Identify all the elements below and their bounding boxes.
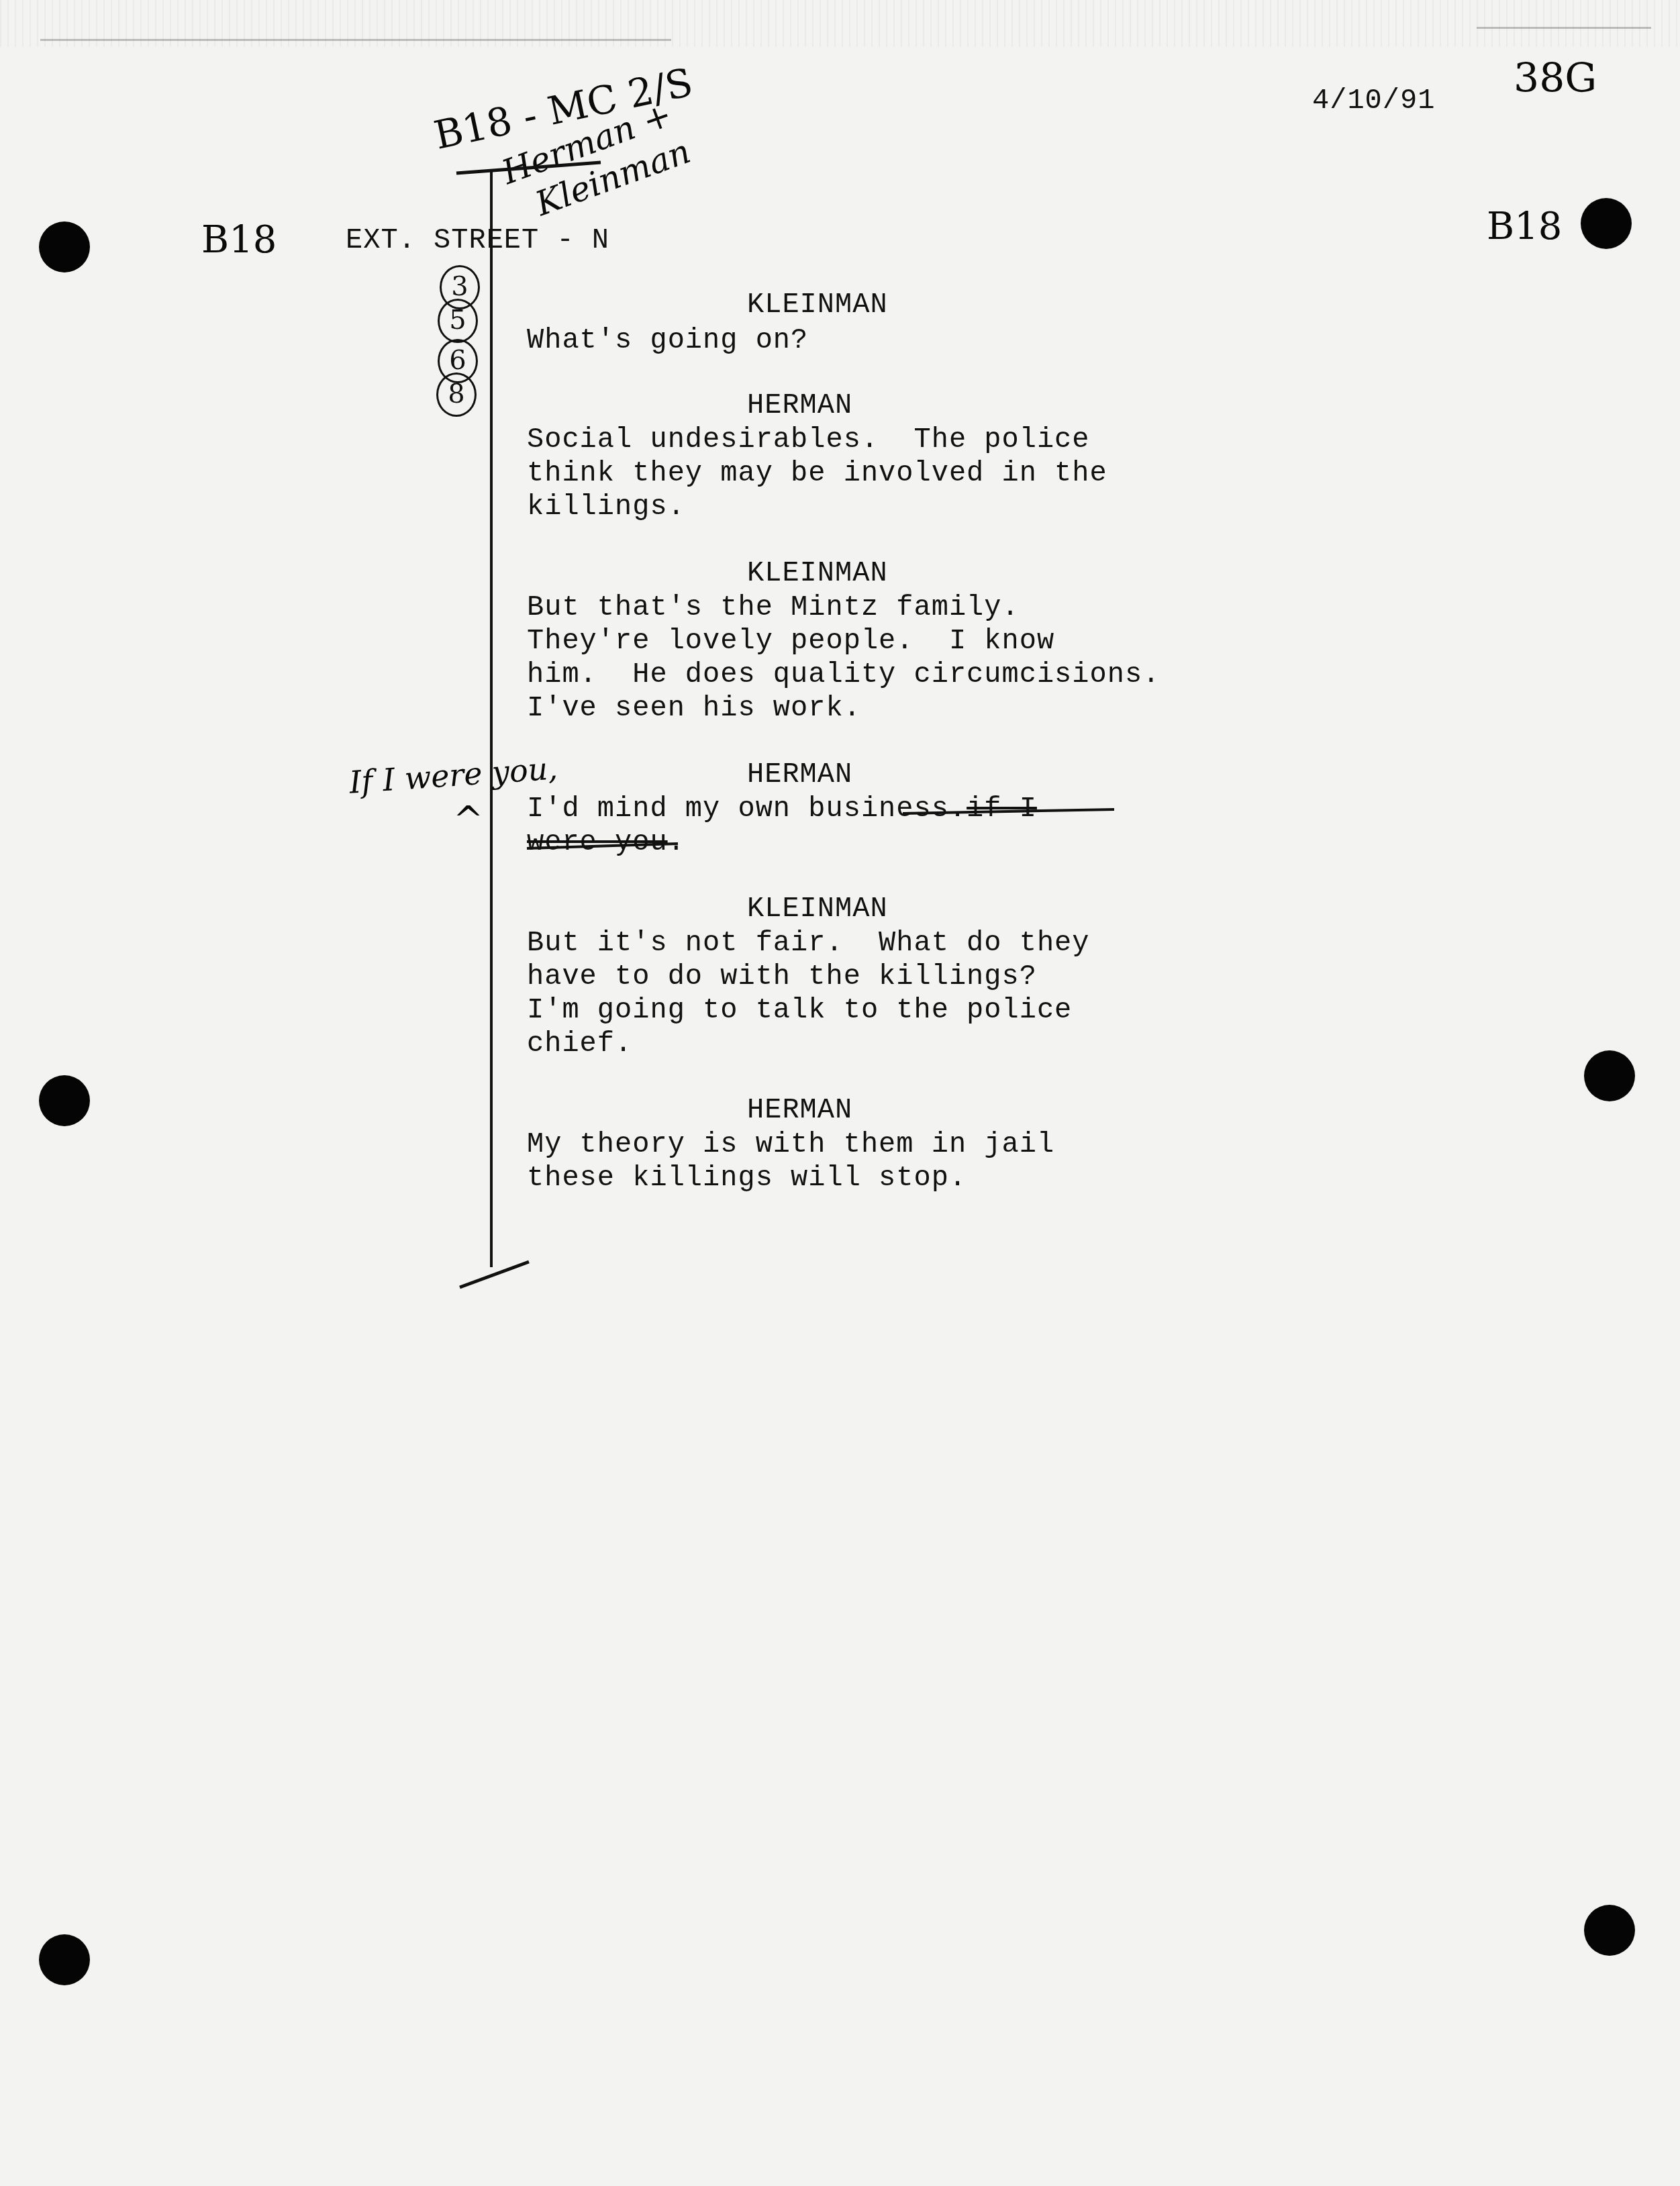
dialogue-line: him. He does quality circumcisions. — [527, 658, 1160, 691]
character-name: KLEINMAN — [747, 289, 888, 321]
struck-text: if I — [967, 793, 1037, 825]
dialogue-line: chief. — [527, 1027, 1090, 1060]
character-name: KLEINMAN — [747, 557, 888, 589]
dialogue-line: But it's not fair. What do they — [527, 926, 1090, 960]
dialogue-line: What's going on? — [527, 324, 808, 357]
dialogue-line: I'd mind my own business.if I — [527, 792, 1037, 826]
dialogue-line: Social undesirables. The police — [527, 423, 1107, 456]
dialogue-line: My theory is with them in jail — [527, 1128, 1054, 1161]
dialogue-line: think they may be involved in the — [527, 456, 1107, 490]
dialogue-block: But that's the Mintz family. They're lov… — [527, 591, 1160, 725]
dialogue-line: killings. — [527, 490, 1107, 524]
dialogue-line: I'm going to talk to the police — [527, 993, 1090, 1027]
coverage-line-icon — [0, 0, 1680, 2186]
dialogue-line: But that's the Mintz family. — [527, 591, 1160, 624]
insert-caret-icon: ^ — [453, 799, 483, 841]
character-name: HERMAN — [747, 389, 852, 421]
dialogue-block: Social undesirables. The police think th… — [527, 423, 1107, 524]
character-name: KLEINMAN — [747, 893, 888, 925]
dialogue-block: I'd mind my own business.if I were you. — [527, 792, 1037, 859]
kept-text: I'd mind my own business. — [527, 793, 967, 825]
dialogue-line: I've seen his work. — [527, 691, 1160, 725]
dialogue-line: They're lovely people. I know — [527, 624, 1160, 658]
kept-text: . — [668, 826, 685, 858]
struck-text: were you — [527, 826, 668, 858]
dialogue-line: have to do with the killings? — [527, 960, 1090, 993]
dialogue-line: were you. — [527, 826, 1037, 859]
character-name: HERMAN — [747, 758, 852, 791]
dialogue-block: My theory is with them in jail these kil… — [527, 1128, 1054, 1195]
dialogue-block: But it's not fair. What do they have to … — [527, 926, 1090, 1060]
character-name: HERMAN — [747, 1094, 852, 1126]
dialogue-line: these killings will stop. — [527, 1161, 1054, 1195]
dialogue-block: What's going on? — [527, 324, 808, 357]
